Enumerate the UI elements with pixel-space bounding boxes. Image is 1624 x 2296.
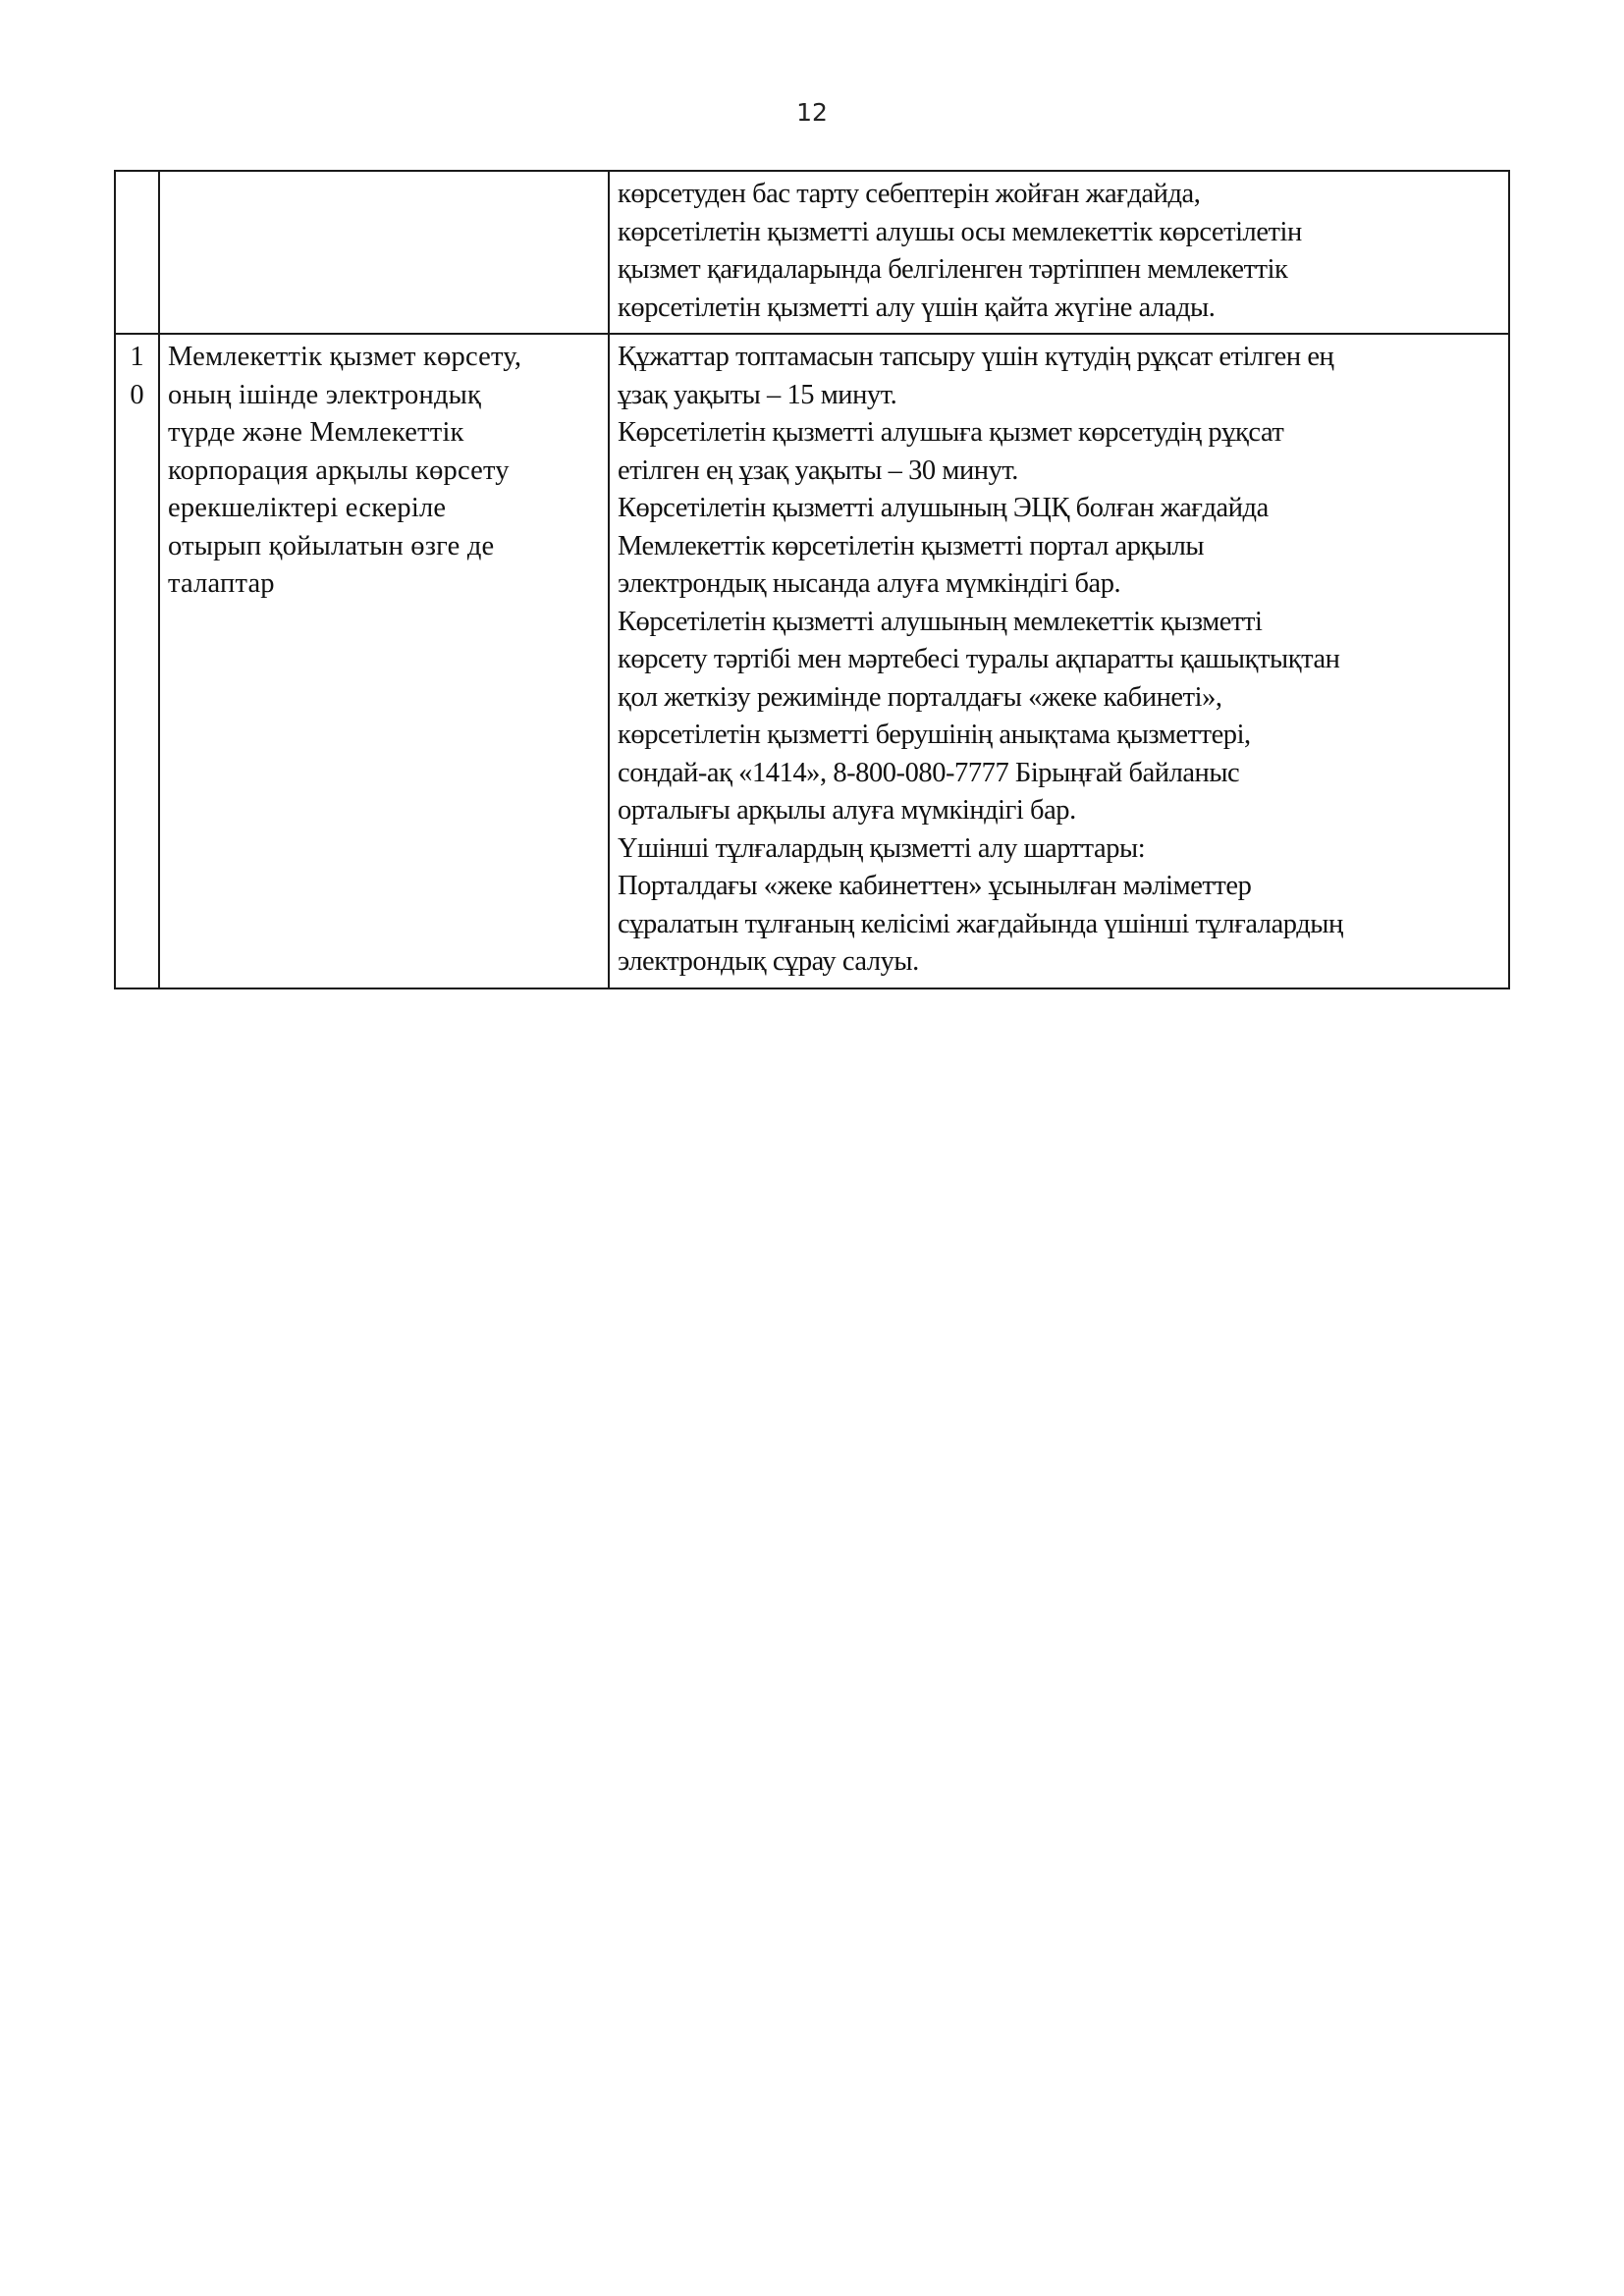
- requirements-table: көрсетуден бас тарту себептерін жойған ж…: [114, 170, 1510, 989]
- requirement-text-line: көрсетуден бас тарту себептерін жойған ж…: [618, 176, 1500, 214]
- requirement-text-line: орталығы арқылы алуға мүмкіндігі бар.: [618, 792, 1500, 830]
- requirement-text-line: көрсетілетін қызметті алушы осы мемлекет…: [618, 214, 1500, 252]
- requirement-name-line: ерекшеліктері ескеріле: [168, 490, 600, 528]
- requirement-text-line: электрондық сұрау салуы.: [618, 943, 1500, 982]
- requirement-text-line: электрондық нысанда алуға мүмкіндігі бар…: [618, 565, 1500, 604]
- row-number-cell: [115, 171, 159, 334]
- requirement-text-line: Құжаттар топтамасын тапсыру үшін күтудің…: [618, 339, 1500, 377]
- requirement-text-line: Көрсетілетін қызметті алушының ЭЦҚ болға…: [618, 490, 1500, 528]
- requirement-text-line: сұралатын тұлғаның келісімі жағдайында ү…: [618, 906, 1500, 944]
- requirement-text-line: етілген ең ұзақ уақыты – 30 минут.: [618, 453, 1500, 491]
- requirement-text-line: көрсетілетін қызметті берушінің анықтама…: [618, 717, 1500, 755]
- requirement-text-cell: көрсетуден бас тарту себептерін жойған ж…: [609, 171, 1509, 334]
- requirement-text-line: қызмет қағидаларында белгіленген тәртіпп…: [618, 251, 1500, 290]
- requirement-name-line: түрде және Мемлекеттік: [168, 414, 600, 453]
- table-row: 10Мемлекеттік қызмет көрсету,оның ішінде…: [115, 334, 1509, 988]
- requirement-text-line: ұзақ уақыты – 15 минут.: [618, 377, 1500, 415]
- requirement-text-line: көрсету тәртібі мен мәртебесі туралы ақп…: [618, 641, 1500, 679]
- requirement-text-line: қол жеткізу режимінде порталдағы «жеке к…: [618, 679, 1500, 718]
- requirement-name-line: корпорация арқылы көрсету: [168, 453, 600, 491]
- requirement-name-cell: [159, 171, 609, 334]
- page-number: 12: [0, 98, 1624, 127]
- requirement-text-line: Көрсетілетін қызметті алушыға қызмет көр…: [618, 414, 1500, 453]
- table-row: көрсетуден бас тарту себептерін жойған ж…: [115, 171, 1509, 334]
- requirement-name-line: отырып қойылатын өзге де: [168, 528, 600, 566]
- requirement-text-line: көрсетілетін қызметті алу үшін қайта жүг…: [618, 290, 1500, 328]
- requirement-text-line: сондай-ақ «1414», 8-800-080-7777 Бірыңға…: [618, 755, 1500, 793]
- requirement-name-line: оның ішінде электрондық: [168, 377, 600, 415]
- table-body: көрсетуден бас тарту себептерін жойған ж…: [115, 171, 1509, 988]
- row-number-digit: 0: [124, 377, 150, 415]
- requirement-name-line: талаптар: [168, 565, 600, 604]
- requirement-name-cell: Мемлекеттік қызмет көрсету,оның ішінде э…: [159, 334, 609, 988]
- requirement-text-line: Мемлекеттік көрсетілетін қызметті портал…: [618, 528, 1500, 566]
- row-number-cell: 10: [115, 334, 159, 988]
- requirement-text-line: Үшінші тұлғалардың қызметті алу шарттары…: [618, 830, 1500, 869]
- requirement-text-cell: Құжаттар топтамасын тапсыру үшін күтудің…: [609, 334, 1509, 988]
- requirement-text-line: Көрсетілетін қызметті алушының мемлекетт…: [618, 604, 1500, 642]
- row-number-digit: 1: [124, 339, 150, 377]
- requirement-text-line: Порталдағы «жеке кабинеттен» ұсынылған м…: [618, 868, 1500, 906]
- requirement-name-line: Мемлекеттік қызмет көрсету,: [168, 339, 600, 377]
